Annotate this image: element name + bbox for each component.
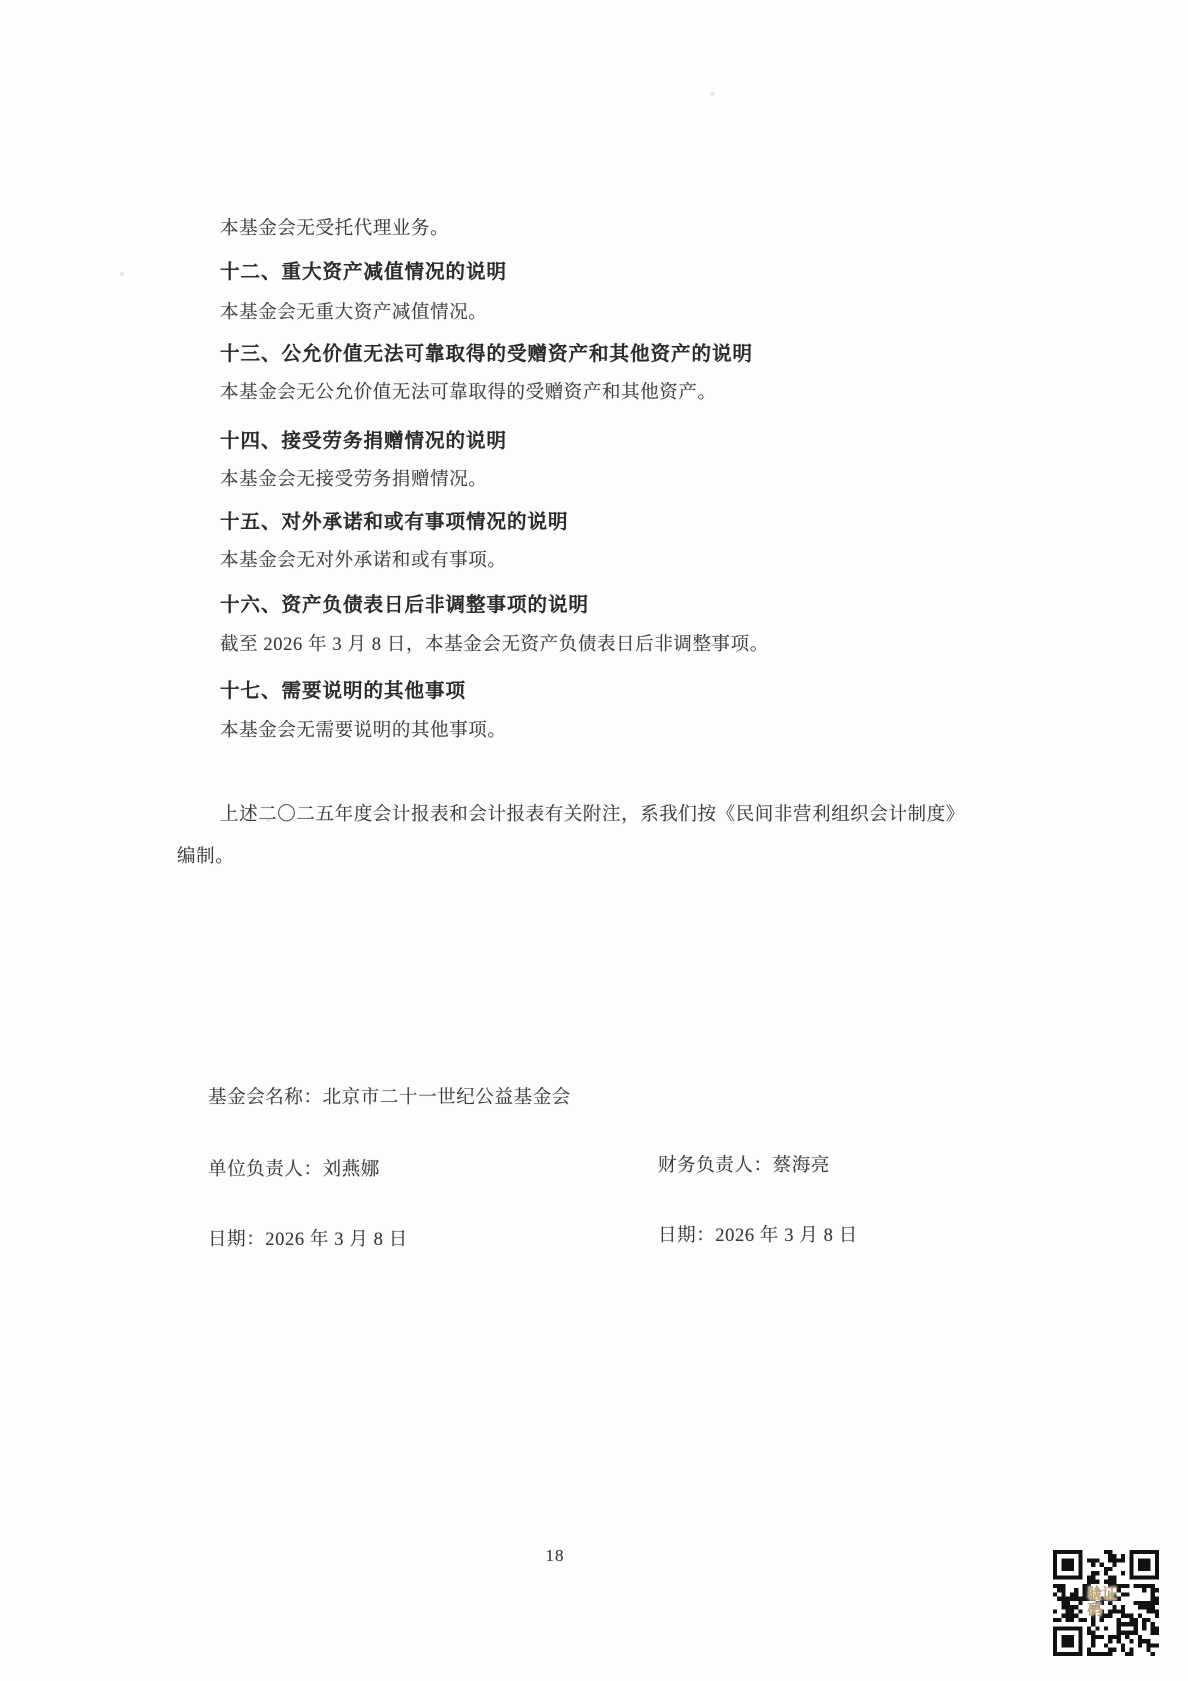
section-15-body: 本基金会无对外承诺和或有事项。 (220, 548, 507, 574)
qr-code: 验证码 (1053, 1550, 1159, 1656)
section-14-heading: 十四、接受劳务捐赠情况的说明 (220, 428, 507, 454)
section-12-body: 本基金会无重大资产减值情况。 (220, 300, 487, 326)
section-13-body: 本基金会无公允价值无法可靠取得的受赠资产和其他资产。 (220, 380, 717, 406)
scan-speck (710, 92, 715, 96)
section-12-heading: 十二、重大资产减值情况的说明 (220, 259, 507, 285)
section-16-body: 截至 2026 年 3 月 8 日，本基金会无资产负债表日后非调整事项。 (220, 632, 769, 658)
section-17-heading: 十七、需要说明的其他事项 (220, 678, 466, 704)
page-number: 18 (0, 1543, 1110, 1569)
foundation-name: 基金会名称：北京市二十一世纪公益基金会 (208, 1085, 571, 1111)
finance-head: 财务负责人：蔡海亮 (658, 1153, 830, 1179)
document-page: 本基金会无受托代理业务。 十二、重大资产减值情况的说明 本基金会无重大资产减值情… (0, 0, 1188, 1681)
closing-paragraph-line-1: 上述二〇二五年度会计报表和会计报表有关附注，系我们按《民间非营利组织会计制度》 (220, 802, 965, 828)
date-right: 日期：2026 年 3 月 8 日 (658, 1223, 858, 1249)
date-left: 日期：2026 年 3 月 8 日 (208, 1227, 408, 1253)
qr-label: 验证码 (1087, 1586, 1119, 1618)
section-17-body: 本基金会无需要说明的其他事项。 (220, 718, 507, 744)
scan-speck (266, 818, 271, 822)
section-14-body: 本基金会无接受劳务捐赠情况。 (220, 467, 487, 493)
scan-speck (120, 272, 124, 276)
section-15-heading: 十五、对外承诺和或有事项情况的说明 (220, 509, 569, 535)
intro-paragraph: 本基金会无受托代理业务。 (220, 216, 449, 242)
section-16-heading: 十六、资产负债表日后非调整事项的说明 (220, 592, 589, 618)
unit-head: 单位负责人：刘燕娜 (208, 1157, 380, 1183)
section-13-heading: 十三、公允价值无法可靠取得的受赠资产和其他资产的说明 (220, 341, 753, 367)
closing-paragraph-line-2: 编制。 (177, 844, 234, 870)
